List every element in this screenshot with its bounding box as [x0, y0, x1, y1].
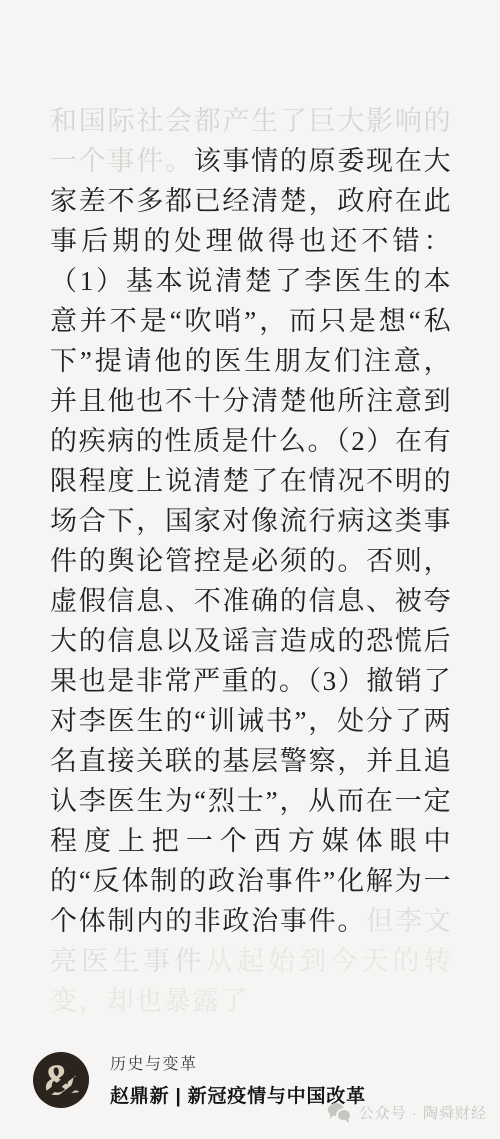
article-main-text: 该事情的原委现在大家差不多都已经清楚，政府在此事后期的处理做得也还不错：（1）基… — [50, 146, 452, 936]
wechat-icon — [328, 1103, 352, 1122]
article-text-block: 和国际社会都产生了巨大影响的一个事件。该事情的原委现在大家差不多都已经清楚，政府… — [50, 101, 452, 1021]
publisher-logo: & — [33, 1052, 89, 1108]
footer-article-card: & 历史与变革 赵鼎新 | 新冠疫情与中国改革 — [33, 1051, 366, 1108]
watermark-label: 公众号 · 陶舜财经 — [359, 1102, 487, 1123]
series-title: 历史与变革 — [110, 1051, 366, 1074]
wechat-bubble-small — [336, 1108, 352, 1122]
footer-card-text: 历史与变革 赵鼎新 | 新冠疫情与中国改革 — [110, 1051, 366, 1108]
account-watermark: 公众号 · 陶舜财经 — [328, 1102, 487, 1123]
